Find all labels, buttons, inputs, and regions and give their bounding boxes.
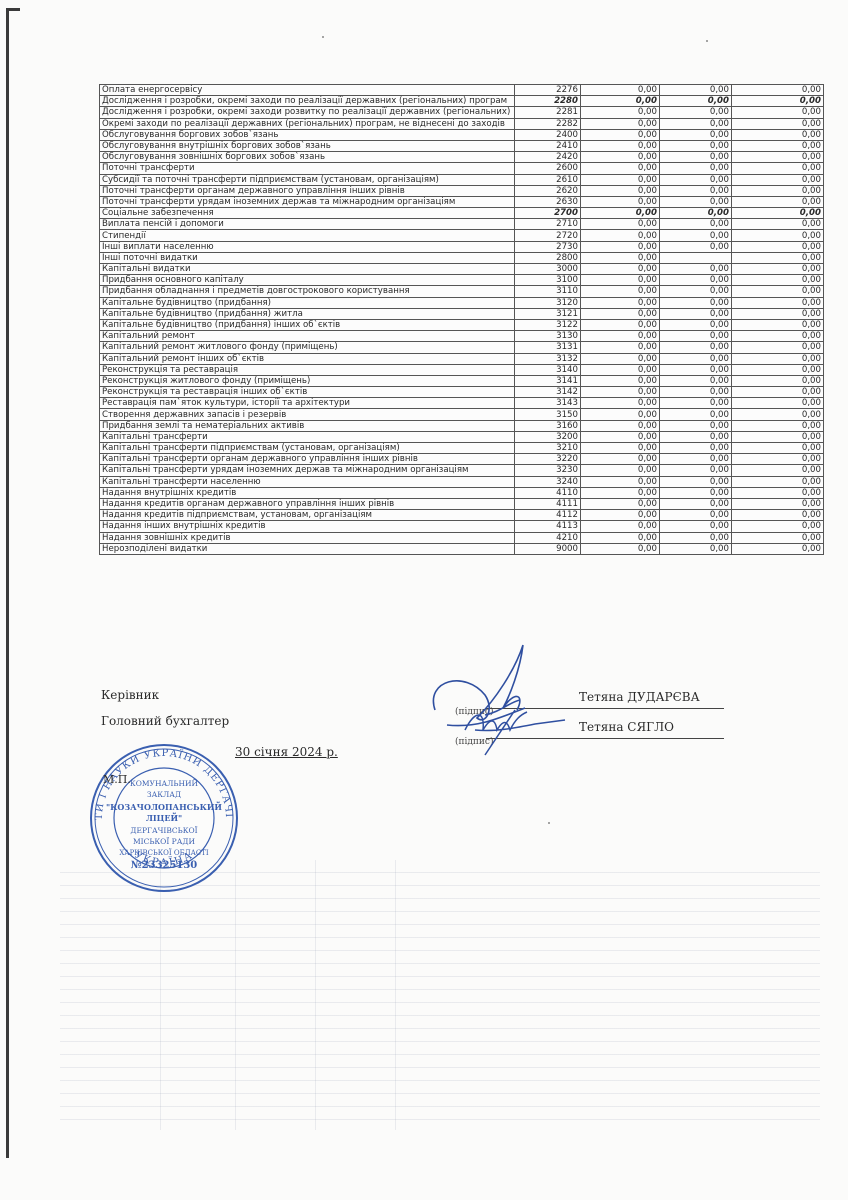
row-value-2: 0,00: [660, 454, 732, 465]
table-row: Надання інших внутрішніх кредитів41130,0…: [100, 521, 824, 532]
row-value-3: 0,00: [732, 107, 824, 118]
row-value-2: 0,00: [660, 487, 732, 498]
row-value-1: 0,00: [581, 510, 660, 521]
table-row: Реставрація пам`яток культури, історії т…: [100, 398, 824, 409]
row-value-2: 0,00: [660, 230, 732, 241]
row-value-3: 0,00: [732, 443, 824, 454]
stamp-line: "КОЗАЧОЛОПАНСЬКИЙ: [106, 802, 222, 812]
row-code: 2720: [515, 230, 581, 241]
row-value-2: 0,00: [660, 286, 732, 297]
row-code: 3141: [515, 375, 581, 386]
table-row: Реконструкція та реставрація інших об`єк…: [100, 387, 824, 398]
row-value-1: 0,00: [581, 498, 660, 509]
table-row: Виплата пенсій і допомоги27100,000,000,0…: [100, 219, 824, 230]
row-label: Обслуговування зовнішніх боргових зобов`…: [100, 152, 515, 163]
row-code: 2410: [515, 140, 581, 151]
row-value-2: 0,00: [660, 431, 732, 442]
row-code: 4210: [515, 532, 581, 543]
row-value-2: 0,00: [660, 409, 732, 420]
accountant-handwritten-signature: [455, 700, 595, 760]
table-row: Поточні трансферти урядам іноземних держ…: [100, 196, 824, 207]
row-value-3: 0,00: [732, 252, 824, 263]
table-row: Надання кредитів органам державного упра…: [100, 498, 824, 509]
row-label: Надання інших внутрішніх кредитів: [100, 521, 515, 532]
row-value-3: 0,00: [732, 521, 824, 532]
row-value-2: 0,00: [660, 208, 732, 219]
table-row: Капітальне будівництво (придбання)31200,…: [100, 297, 824, 308]
table-row: Придбання землі та нематеріальних активі…: [100, 420, 824, 431]
table-row: Надання зовнішніх кредитів42100,000,000,…: [100, 532, 824, 543]
table-row: Обслуговування боргових зобов`язань24000…: [100, 129, 824, 140]
table-row: Реконструкція та реставрація31400,000,00…: [100, 364, 824, 375]
row-label: Капітальне будівництво (придбання) житла: [100, 308, 515, 319]
row-value-1: 0,00: [581, 375, 660, 386]
row-code: 2400: [515, 129, 581, 140]
reverse-side-bleed-through: [60, 860, 820, 1130]
row-code: 3130: [515, 331, 581, 342]
row-label: Капітальний ремонт інших об`єктів: [100, 353, 515, 364]
row-code: 3120: [515, 297, 581, 308]
table-row: Капітальні трансферти32000,000,000,00: [100, 431, 824, 442]
row-value-2: 0,00: [660, 331, 732, 342]
table-row: Капітальні трансферти населенню32400,000…: [100, 476, 824, 487]
row-value-1: 0,00: [581, 387, 660, 398]
row-value-1: 0,00: [581, 319, 660, 330]
row-label: Капітальні трансферти органам державного…: [100, 454, 515, 465]
row-value-2: 0,00: [660, 420, 732, 431]
row-value-1: 0,00: [581, 308, 660, 319]
row-value-1: 0,00: [581, 163, 660, 174]
row-label: Стипендії: [100, 230, 515, 241]
row-label: Капітальний ремонт: [100, 331, 515, 342]
row-value-2: 0,00: [660, 174, 732, 185]
stamp-line: МІСЬКОЇ РАДИ: [133, 837, 196, 846]
row-code: 2420: [515, 152, 581, 163]
row-code: 3160: [515, 420, 581, 431]
row-code: 2282: [515, 118, 581, 129]
row-value-1: 0,00: [581, 476, 660, 487]
row-value-3: 0,00: [732, 297, 824, 308]
row-code: 4112: [515, 510, 581, 521]
row-label: Оплата енергосервісу: [100, 85, 515, 96]
table-row: Надання кредитів підприємствам, установа…: [100, 510, 824, 521]
row-label: Капітальне будівництво (придбання) інших…: [100, 319, 515, 330]
row-code: 4110: [515, 487, 581, 498]
row-label: Капітальний ремонт житлового фонду (прим…: [100, 342, 515, 353]
row-label: Поточні трансферти урядам іноземних держ…: [100, 196, 515, 207]
row-code: 2620: [515, 185, 581, 196]
row-value-1: 0,00: [581, 118, 660, 129]
row-code: 3220: [515, 454, 581, 465]
row-value-1: 0,00: [581, 140, 660, 151]
row-value-3: 0,00: [732, 196, 824, 207]
table-row: Капітальний ремонт31300,000,000,00: [100, 331, 824, 342]
table-row: Нерозподілені видатки90000,000,000,00: [100, 543, 824, 554]
row-value-1: 0,00: [581, 208, 660, 219]
row-value-3: 0,00: [732, 219, 824, 230]
row-code: 2600: [515, 163, 581, 174]
row-label: Реконструкція та реставрація інших об`єк…: [100, 387, 515, 398]
table-row: Створення державних запасів і резервів31…: [100, 409, 824, 420]
row-value-1: 0,00: [581, 532, 660, 543]
accountant-title: Головний бухгалтер: [101, 714, 229, 728]
row-label: Соціальне забезпечення: [100, 208, 515, 219]
row-code: 3240: [515, 476, 581, 487]
row-value-1: 0,00: [581, 196, 660, 207]
row-value-2: 0,00: [660, 140, 732, 151]
row-value-3: 0,00: [732, 454, 824, 465]
row-value-2: 0,00: [660, 297, 732, 308]
row-label: Придбання обладнання і предметів довгост…: [100, 286, 515, 297]
table-row: Капітальний ремонт житлового фонду (прим…: [100, 342, 824, 353]
row-code: 3143: [515, 398, 581, 409]
row-value-2: 0,00: [660, 185, 732, 196]
row-value-3: 0,00: [732, 331, 824, 342]
row-label: Обслуговування боргових зобов`язань: [100, 129, 515, 140]
row-value-2: 0,00: [660, 319, 732, 330]
table-row: Придбання основного капіталу31000,000,00…: [100, 275, 824, 286]
row-code: 3140: [515, 364, 581, 375]
row-value-2: [660, 252, 732, 263]
row-value-3: 0,00: [732, 275, 824, 286]
row-label: Капітальні трансферти населенню: [100, 476, 515, 487]
row-value-2: 0,00: [660, 353, 732, 364]
row-value-2: 0,00: [660, 196, 732, 207]
row-label: Капітальне будівництво (придбання): [100, 297, 515, 308]
scan-edge: [6, 8, 9, 1158]
row-code: 2280: [515, 96, 581, 107]
row-label: Дослідження і розробки, окремі заходи по…: [100, 96, 515, 107]
row-value-3: 0,00: [732, 543, 824, 554]
row-code: 3132: [515, 353, 581, 364]
row-code: 2281: [515, 107, 581, 118]
row-value-3: 0,00: [732, 532, 824, 543]
row-value-2: 0,00: [660, 219, 732, 230]
row-value-3: 0,00: [732, 319, 824, 330]
row-value-2: 0,00: [660, 107, 732, 118]
row-value-2: 0,00: [660, 465, 732, 476]
row-code: 2700: [515, 208, 581, 219]
row-value-2: 0,00: [660, 521, 732, 532]
row-value-3: 0,00: [732, 342, 824, 353]
row-code: 2800: [515, 252, 581, 263]
row-value-1: 0,00: [581, 219, 660, 230]
row-value-1: 0,00: [581, 185, 660, 196]
row-value-1: 0,00: [581, 543, 660, 554]
row-value-3: 0,00: [732, 241, 824, 252]
table-row: Капітальне будівництво (придбання) інших…: [100, 319, 824, 330]
row-code: 3210: [515, 443, 581, 454]
row-value-1: 0,00: [581, 264, 660, 275]
row-label: Поточні трансферти: [100, 163, 515, 174]
row-value-1: 0,00: [581, 241, 660, 252]
row-value-3: 0,00: [732, 118, 824, 129]
row-value-3: 0,00: [732, 230, 824, 241]
row-value-3: 0,00: [732, 140, 824, 151]
row-value-1: 0,00: [581, 107, 660, 118]
row-label: Нерозподілені видатки: [100, 543, 515, 554]
row-value-2: 0,00: [660, 498, 732, 509]
row-label: Капітальні трансферти урядам іноземних д…: [100, 465, 515, 476]
row-value-2: 0,00: [660, 476, 732, 487]
row-value-2: 0,00: [660, 510, 732, 521]
row-value-3: 0,00: [732, 420, 824, 431]
table-row: Поточні трансферти26000,000,000,00: [100, 163, 824, 174]
row-code: 3150: [515, 409, 581, 420]
row-code: 3100: [515, 275, 581, 286]
row-value-2: 0,00: [660, 96, 732, 107]
stamp-line: КОМУНАЛЬНИЙ: [130, 779, 199, 788]
row-label: Капітальні видатки: [100, 264, 515, 275]
scan-speck: [706, 40, 708, 42]
row-label: Інші поточні видатки: [100, 252, 515, 263]
row-label: Надання зовнішніх кредитів: [100, 532, 515, 543]
director-title: Керівник: [101, 688, 159, 702]
row-label: Придбання основного капіталу: [100, 275, 515, 286]
row-value-2: 0,00: [660, 275, 732, 286]
stamp-line: №23325130: [131, 860, 198, 871]
row-label: Виплата пенсій і допомоги: [100, 219, 515, 230]
row-value-1: 0,00: [581, 129, 660, 140]
row-code: 4113: [515, 521, 581, 532]
row-value-3: 0,00: [732, 364, 824, 375]
stamp-line: ДЕРГАЧІВСЬКОЇ: [130, 826, 197, 835]
row-value-3: 0,00: [732, 264, 824, 275]
row-label: Субсидії та поточні трансферти підприємс…: [100, 174, 515, 185]
row-value-3: 0,00: [732, 163, 824, 174]
row-value-1: 0,00: [581, 342, 660, 353]
scan-speck: [322, 36, 324, 38]
row-code: 3230: [515, 465, 581, 476]
row-label: Створення державних запасів і резервів: [100, 409, 515, 420]
official-stamp: МІНІСТЕРСТВО ОСВІТИ І НАУКИ УКРАЇНИ ДЕРГ…: [88, 742, 240, 894]
row-value-1: 0,00: [581, 275, 660, 286]
document-date: 30 січня 2024 р.: [235, 745, 338, 759]
row-code: 3122: [515, 319, 581, 330]
row-value-1: 0,00: [581, 443, 660, 454]
table-row: Капітальні трансферти підприємствам (уст…: [100, 443, 824, 454]
row-value-1: 0,00: [581, 331, 660, 342]
row-code: 2630: [515, 196, 581, 207]
row-value-2: 0,00: [660, 129, 732, 140]
row-label: Надання внутрішніх кредитів: [100, 487, 515, 498]
row-value-2: 0,00: [660, 264, 732, 275]
row-label: Капітальні трансферти підприємствам (уст…: [100, 443, 515, 454]
row-value-1: 0,00: [581, 487, 660, 498]
row-value-1: 0,00: [581, 174, 660, 185]
expenditure-table: Оплата енергосервісу22760,000,000,00Досл…: [99, 84, 824, 555]
row-value-3: 0,00: [732, 375, 824, 386]
table-row: Обслуговування зовнішніх боргових зобов`…: [100, 152, 824, 163]
row-value-1: 0,00: [581, 420, 660, 431]
row-value-1: 0,00: [581, 364, 660, 375]
row-code: 3110: [515, 286, 581, 297]
row-code: 4111: [515, 498, 581, 509]
row-value-3: 0,00: [732, 476, 824, 487]
table-row: Придбання обладнання і предметів довгост…: [100, 286, 824, 297]
table-row: Реконструкція житлового фонду (приміщень…: [100, 375, 824, 386]
row-value-1: 0,00: [581, 252, 660, 263]
row-value-2: 0,00: [660, 241, 732, 252]
row-value-2: 0,00: [660, 387, 732, 398]
row-label: Надання кредитів підприємствам, установа…: [100, 510, 515, 521]
row-value-3: 0,00: [732, 129, 824, 140]
row-code: 2710: [515, 219, 581, 230]
row-value-1: 0,00: [581, 398, 660, 409]
row-value-1: 0,00: [581, 353, 660, 364]
row-code: 3000: [515, 264, 581, 275]
row-value-3: 0,00: [732, 96, 824, 107]
row-code: 9000: [515, 543, 581, 554]
row-code: 2276: [515, 85, 581, 96]
row-value-2: 0,00: [660, 342, 732, 353]
row-value-3: 0,00: [732, 431, 824, 442]
row-value-3: 0,00: [732, 152, 824, 163]
row-value-3: 0,00: [732, 498, 824, 509]
row-value-2: 0,00: [660, 398, 732, 409]
table-row: Оплата енергосервісу22760,000,000,00: [100, 85, 824, 96]
row-value-1: 0,00: [581, 409, 660, 420]
row-value-1: 0,00: [581, 521, 660, 532]
table-row: Інші виплати населенню27300,000,000,00: [100, 241, 824, 252]
row-value-2: 0,00: [660, 543, 732, 554]
row-value-1: 0,00: [581, 96, 660, 107]
stamp-line: ХАРКІВСЬКОЇ ОБЛАСТІ: [119, 848, 209, 857]
table-row: Капітальні видатки30000,000,000,00: [100, 264, 824, 275]
table-row: Капітальні трансферти органам державного…: [100, 454, 824, 465]
row-label: Обслуговування внутрішніх боргових зобов…: [100, 140, 515, 151]
row-value-2: 0,00: [660, 375, 732, 386]
row-value-3: 0,00: [732, 85, 824, 96]
row-value-2: 0,00: [660, 118, 732, 129]
row-code: 3200: [515, 431, 581, 442]
row-label: Придбання землі та нематеріальних активі…: [100, 420, 515, 431]
row-label: Дослідження і розробки, окремі заходи ро…: [100, 107, 515, 118]
row-code: 2610: [515, 174, 581, 185]
row-value-2: 0,00: [660, 364, 732, 375]
row-label: Надання кредитів органам державного упра…: [100, 498, 515, 509]
table-row: Соціальне забезпечення27000,000,000,00: [100, 208, 824, 219]
row-value-1: 0,00: [581, 152, 660, 163]
row-value-3: 0,00: [732, 398, 824, 409]
row-code: 2730: [515, 241, 581, 252]
table-row: Капітальні трансферти урядам іноземних д…: [100, 465, 824, 476]
row-label: Реконструкція та реставрація: [100, 364, 515, 375]
row-code: 3131: [515, 342, 581, 353]
table-row: Субсидії та поточні трансферти підприємс…: [100, 174, 824, 185]
table-row: Капітальне будівництво (придбання) житла…: [100, 308, 824, 319]
row-value-3: 0,00: [732, 286, 824, 297]
stamp-line: ЗАКЛАД: [147, 790, 181, 799]
row-value-3: 0,00: [732, 208, 824, 219]
seal-label: М.П.: [103, 773, 131, 786]
row-label: Поточні трансферти органам державного уп…: [100, 185, 515, 196]
row-label: Інші виплати населенню: [100, 241, 515, 252]
director-name: Тетяна ДУДАРЄВА: [579, 690, 700, 704]
row-value-1: 0,00: [581, 431, 660, 442]
row-value-3: 0,00: [732, 185, 824, 196]
row-value-1: 0,00: [581, 297, 660, 308]
table-row: Поточні трансферти органам державного уп…: [100, 185, 824, 196]
row-value-1: 0,00: [581, 286, 660, 297]
table-row: Надання внутрішніх кредитів41100,000,000…: [100, 487, 824, 498]
row-label: Реставрація пам`яток культури, історії т…: [100, 398, 515, 409]
stamp-line: ЛІЦЕЙ": [146, 813, 182, 823]
row-value-2: 0,00: [660, 152, 732, 163]
table-row: Окремі заходи по реалізації державних (р…: [100, 118, 824, 129]
table-row: Інші поточні видатки28000,000,00: [100, 252, 824, 263]
row-value-3: 0,00: [732, 409, 824, 420]
table-row: Дослідження і розробки, окремі заходи ро…: [100, 107, 824, 118]
row-value-3: 0,00: [732, 174, 824, 185]
scan-speck: [548, 822, 550, 824]
row-label: Реконструкція житлового фонду (приміщень…: [100, 375, 515, 386]
row-value-2: 0,00: [660, 163, 732, 174]
row-value-3: 0,00: [732, 487, 824, 498]
row-code: 3121: [515, 308, 581, 319]
row-value-1: 0,00: [581, 465, 660, 476]
row-label: Окремі заходи по реалізації державних (р…: [100, 118, 515, 129]
row-value-2: 0,00: [660, 85, 732, 96]
table-row: Дослідження і розробки, окремі заходи по…: [100, 96, 824, 107]
table-row: Стипендії27200,000,000,00: [100, 230, 824, 241]
row-value-3: 0,00: [732, 510, 824, 521]
table-row: Обслуговування внутрішніх боргових зобов…: [100, 140, 824, 151]
row-value-1: 0,00: [581, 454, 660, 465]
row-value-2: 0,00: [660, 532, 732, 543]
table-row: Капітальний ремонт інших об`єктів31320,0…: [100, 353, 824, 364]
row-value-3: 0,00: [732, 465, 824, 476]
row-value-3: 0,00: [732, 353, 824, 364]
row-value-1: 0,00: [581, 85, 660, 96]
row-value-2: 0,00: [660, 443, 732, 454]
row-value-3: 0,00: [732, 308, 824, 319]
row-label: Капітальні трансферти: [100, 431, 515, 442]
row-value-2: 0,00: [660, 308, 732, 319]
row-code: 3142: [515, 387, 581, 398]
row-value-3: 0,00: [732, 387, 824, 398]
row-value-1: 0,00: [581, 230, 660, 241]
